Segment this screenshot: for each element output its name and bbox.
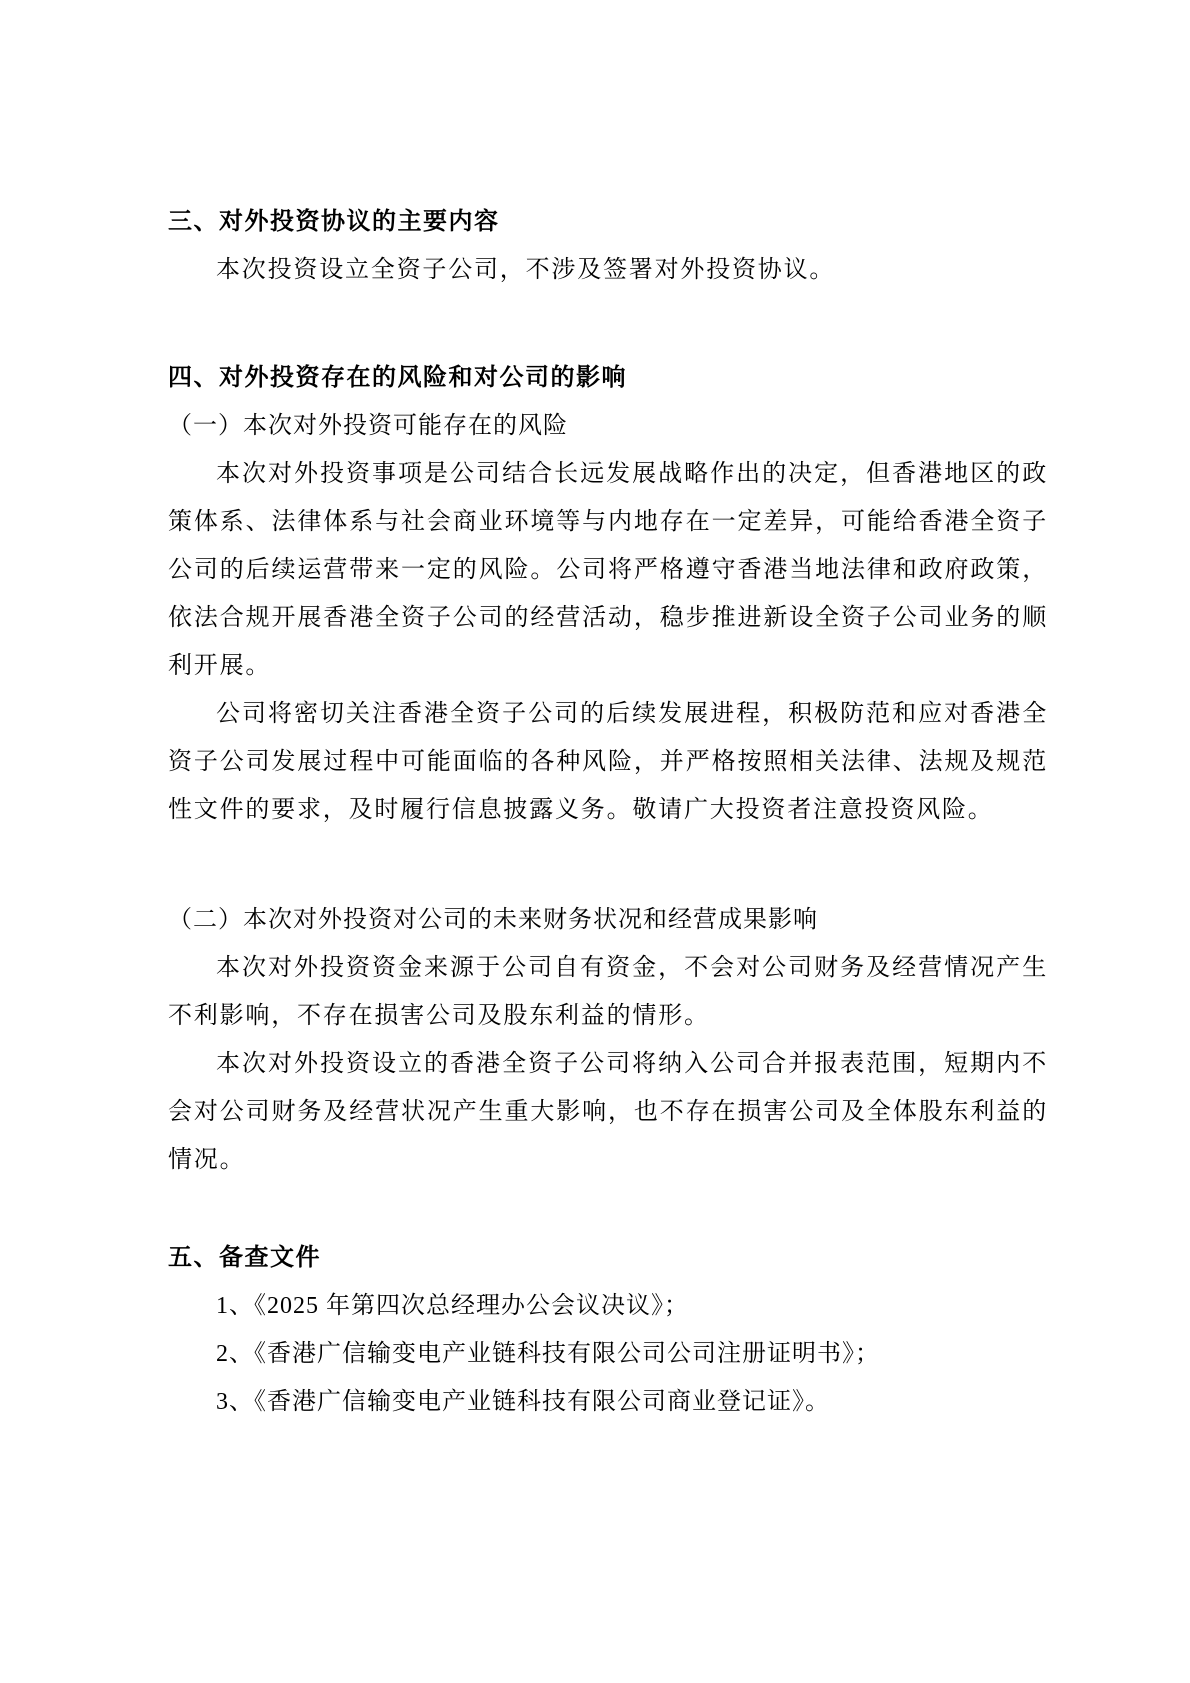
paragraph: 本次对外投资设立的香港全资子公司将纳入公司合并报表范围，短期内不会对公司财务及经… (168, 1040, 1048, 1184)
list-item: 3、《香港广信输变电产业链科技有限公司商业登记证》。 (168, 1378, 1048, 1426)
document-page: 三、对外投资协议的主要内容 本次投资设立全资子公司，不涉及签署对外投资协议。 四… (0, 0, 1190, 1683)
list-item: 2、《香港广信输变电产业链科技有限公司公司注册证明书》； (168, 1330, 1048, 1378)
paragraph: 本次投资设立全资子公司，不涉及签署对外投资协议。 (168, 246, 1048, 294)
list-item: 1、《2025 年第四次总经理办公会议决议》； (168, 1282, 1048, 1330)
section-reference-documents: 五、备查文件 1、《2025 年第四次总经理办公会议决议》； 2、《香港广信输变… (168, 1234, 1048, 1426)
section-heading-4: 四、对外投资存在的风险和对公司的影响 (168, 354, 1048, 402)
section-investment-agreement: 三、对外投资协议的主要内容 本次投资设立全资子公司，不涉及签署对外投资协议。 (168, 198, 1048, 294)
paragraph: 本次对外投资事项是公司结合长远发展战略作出的决定，但香港地区的政策体系、法律体系… (168, 450, 1048, 690)
paragraph: 本次对外投资资金来源于公司自有资金，不会对公司财务及经营情况产生不利影响，不存在… (168, 944, 1048, 1040)
section-risks-and-impact: 四、对外投资存在的风险和对公司的影响 （一）本次对外投资可能存在的风险 本次对外… (168, 354, 1048, 1184)
subsection-heading-financial-impact: （二）本次对外投资对公司的未来财务状况和经营成果影响 (168, 896, 1048, 944)
section-heading-5: 五、备查文件 (168, 1234, 1048, 1282)
section-heading-3: 三、对外投资协议的主要内容 (168, 198, 1048, 246)
paragraph: 公司将密切关注香港全资子公司的后续发展进程，积极防范和应对香港全资子公司发展过程… (168, 690, 1048, 834)
subsection-heading-risks: （一）本次对外投资可能存在的风险 (168, 402, 1048, 450)
